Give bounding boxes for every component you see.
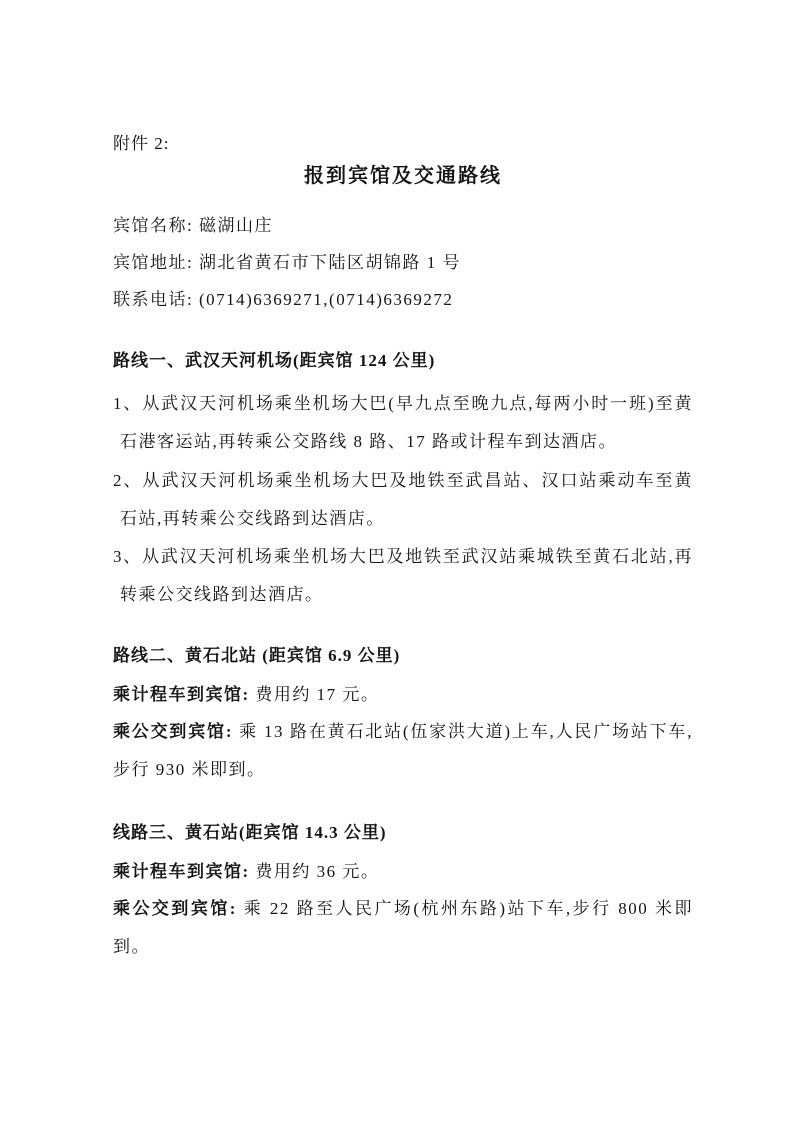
item-text: 从武汉天河机场乘坐机场大巴及地铁至武昌站、汉口站乘动车至黄石站,再转乘公交线路到…: [120, 471, 693, 528]
hotel-name-label: 宾馆名称:: [113, 216, 193, 235]
route-huangshi-station-paragraphs: 乘计程车到宾馆: 费用约 36 元。 乘公交到宾馆: 乘 22 路至人民广场(杭…: [113, 853, 693, 966]
hotel-address-line: 宾馆地址: 湖北省黄石市下陆区胡锦路 1 号: [113, 244, 693, 281]
item-marker: 2、: [113, 471, 143, 490]
route-huangshi-north-paragraphs: 乘计程车到宾馆: 费用约 17 元。 乘公交到宾馆: 乘 13 路在黄石北站(伍…: [113, 676, 693, 789]
item-text: 从武汉天河机场乘坐机场大巴及地铁至武汉站乘城铁至黄石北站,再转乘公交线路到达酒店…: [120, 547, 693, 604]
item-marker: 3、: [113, 547, 142, 566]
hotel-phone-line: 联系电话: (0714)6369271,(0714)6369272: [113, 281, 693, 318]
route-heading-huangshi-north: 路线二、黄石北站 (距宾馆 6.9 公里): [113, 637, 693, 674]
bus-paragraph: 乘公交到宾馆: 乘 13 路在黄石北站(伍家洪大道)上车,人民广场站下车,步行 …: [113, 713, 693, 788]
route-airport-items: 1、从武汉天河机场乘坐机场大巴(早九点至晚九点,每两小时一班)至黄石港客运站,再…: [113, 385, 693, 615]
route-section-huangshi-north: 路线二、黄石北站 (距宾馆 6.9 公里) 乘计程车到宾馆: 费用约 17 元。…: [113, 637, 693, 789]
hotel-name-line: 宾馆名称: 磁湖山庄: [113, 207, 693, 244]
document-page: 附件 2: 报到宾馆及交通路线 宾馆名称: 磁湖山庄 宾馆地址: 湖北省黄石市下…: [0, 0, 794, 1123]
taxi-paragraph: 乘计程车到宾馆: 费用约 17 元。: [113, 676, 693, 714]
route-heading-airport: 路线一、武汉天河机场(距宾馆 124 公里): [113, 342, 693, 379]
taxi-paragraph: 乘计程车到宾馆: 费用约 36 元。: [113, 853, 693, 891]
route-section-airport: 路线一、武汉天河机场(距宾馆 124 公里) 1、从武汉天河机场乘坐机场大巴(早…: [113, 342, 693, 615]
taxi-text: 费用约 36 元。: [255, 862, 379, 881]
item-text: 从武汉天河机场乘坐机场大巴(早九点至晚九点,每两小时一班)至黄石港客运站,再转乘…: [120, 394, 693, 451]
document-title: 报到宾馆及交通路线: [113, 161, 693, 191]
attachment-label: 附件 2:: [113, 130, 693, 158]
route-section-huangshi-station: 线路三、黄石站(距宾馆 14.3 公里) 乘计程车到宾馆: 费用约 36 元。 …: [113, 814, 693, 966]
route-list-item: 3、从武汉天河机场乘坐机场大巴及地铁至武汉站乘城铁至黄石北站,再转乘公交线路到达…: [113, 538, 693, 615]
taxi-text: 费用约 17 元。: [255, 685, 379, 704]
taxi-label: 乘计程车到宾馆:: [113, 862, 250, 881]
bus-label: 乘公交到宾馆:: [113, 899, 237, 918]
hotel-address-label: 宾馆地址:: [113, 253, 193, 272]
route-list-item: 2、从武汉天河机场乘坐机场大巴及地铁至武昌站、汉口站乘动车至黄石站,再转乘公交线…: [113, 462, 693, 539]
hotel-phone-label: 联系电话:: [113, 290, 193, 309]
hotel-phone-value: (0714)6369271,(0714)6369272: [199, 290, 453, 309]
taxi-label: 乘计程车到宾馆:: [113, 685, 250, 704]
hotel-info-block: 宾馆名称: 磁湖山庄 宾馆地址: 湖北省黄石市下陆区胡锦路 1 号 联系电话: …: [113, 207, 693, 318]
route-heading-huangshi-station: 线路三、黄石站(距宾馆 14.3 公里): [113, 814, 693, 851]
route-list-item: 1、从武汉天河机场乘坐机场大巴(早九点至晚九点,每两小时一班)至黄石港客运站,再…: [113, 385, 693, 462]
bus-label: 乘公交到宾馆:: [113, 722, 233, 741]
bus-paragraph: 乘公交到宾馆: 乘 22 路至人民广场(杭州东路)站下车,步行 800 米即到。: [113, 890, 693, 965]
hotel-name-value: 磁湖山庄: [199, 216, 273, 235]
item-marker: 1、: [113, 394, 142, 413]
hotel-address-value: 湖北省黄石市下陆区胡锦路 1 号: [199, 253, 461, 272]
